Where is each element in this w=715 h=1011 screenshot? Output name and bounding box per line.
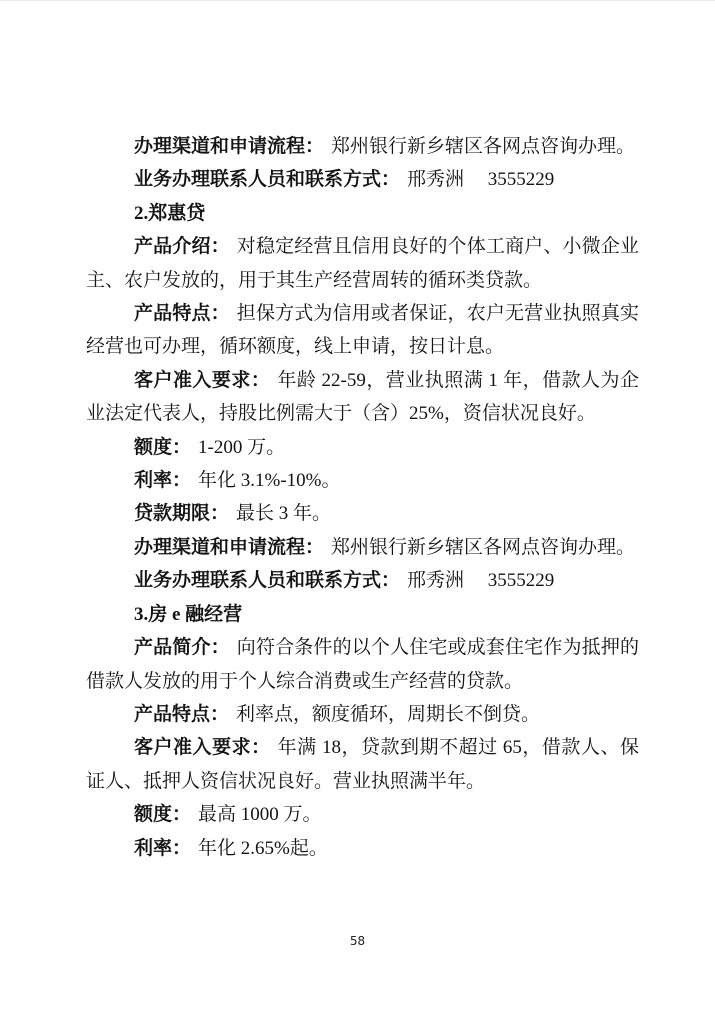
field-value: 邢秀洲 3555229 <box>407 169 554 190</box>
doc-paragraph: 办理渠道和申请流程：郑州银行新乡辖区各网点咨询办理。 <box>86 531 639 564</box>
field-label: 办理渠道和申请流程： <box>134 136 324 157</box>
field-value: 郑州银行新乡辖区各网点咨询办理。 <box>331 136 635 157</box>
page-content: 办理渠道和申请流程：郑州银行新乡辖区各网点咨询办理。 业务办理联系人员和联系方式… <box>86 130 639 865</box>
field-value: 1-200 万。 <box>198 437 285 458</box>
field-value: 年化 3.1%-10%。 <box>198 470 340 491</box>
page-number: 58 <box>0 934 715 948</box>
doc-paragraph: 利率：年化 3.1%-10%。 <box>86 464 639 497</box>
doc-heading: 2.郑惠贷 <box>86 197 639 230</box>
field-value: 郑州银行新乡辖区各网点咨询办理。 <box>331 537 635 558</box>
doc-paragraph: 办理渠道和申请流程：郑州银行新乡辖区各网点咨询办理。 <box>86 130 639 163</box>
field-label: 利率： <box>134 838 191 859</box>
doc-paragraph: 额度：1-200 万。 <box>86 431 639 464</box>
field-value: 最高 1000 万。 <box>198 804 322 825</box>
field-label: 额度： <box>134 804 191 825</box>
doc-paragraph: 业务办理联系人员和联系方式：邢秀洲 3555229 <box>86 564 639 597</box>
field-label: 产品简介： <box>134 637 230 658</box>
doc-heading: 3.房 e 融经营 <box>86 598 639 631</box>
field-label: 业务办理联系人员和联系方式： <box>134 169 400 190</box>
field-label: 额度： <box>134 437 191 458</box>
doc-paragraph: 客户准入要求：年满 18，贷款到期不超过 65，借款人、保证人、抵押人资信状况良… <box>86 731 639 798</box>
field-value: 最长 3 年。 <box>236 503 331 524</box>
heading-label: 3.房 e 融经营 <box>134 604 242 625</box>
field-value: 利率点，额度循环，周期长不倒贷。 <box>236 704 540 725</box>
doc-paragraph: 利率：年化 2.65%起。 <box>86 832 639 865</box>
heading-label: 2.郑惠贷 <box>134 203 205 224</box>
doc-paragraph: 额度：最高 1000 万。 <box>86 798 639 831</box>
field-label: 产品特点： <box>134 704 229 725</box>
field-label: 产品介绍： <box>134 236 230 257</box>
field-label: 利率： <box>134 470 191 491</box>
field-label: 客户准入要求： <box>134 370 270 391</box>
field-label: 办理渠道和申请流程： <box>134 537 324 558</box>
doc-paragraph: 产品简介：向符合条件的以个人住宅或成套住宅作为抵押的借款人发放的用于个人综合消费… <box>86 631 639 698</box>
doc-paragraph: 产品特点：担保方式为信用或者保证，农户无营业执照真实经营也可办理，循环额度，线上… <box>86 297 639 364</box>
field-value: 邢秀洲 3555229 <box>407 570 554 591</box>
doc-paragraph: 产品介绍：对稳定经营且信用良好的个体工商户、小微企业主、农户发放的，用于其生产经… <box>86 230 639 297</box>
field-value: 年化 2.65%起。 <box>198 838 328 859</box>
document-page: 办理渠道和申请流程：郑州银行新乡辖区各网点咨询办理。 业务办理联系人员和联系方式… <box>0 0 715 1011</box>
doc-paragraph: 产品特点：利率点，额度循环，周期长不倒贷。 <box>86 698 639 731</box>
doc-paragraph: 客户准入要求：年龄 22-59，营业执照满 1 年，借款人为企业法定代表人，持股… <box>86 364 639 431</box>
field-label: 贷款期限： <box>134 503 229 524</box>
doc-paragraph: 业务办理联系人员和联系方式：邢秀洲 3555229 <box>86 163 639 196</box>
doc-paragraph: 贷款期限：最长 3 年。 <box>86 497 639 530</box>
field-label: 客户准入要求： <box>134 737 271 758</box>
field-label: 业务办理联系人员和联系方式： <box>134 570 400 591</box>
field-label: 产品特点： <box>134 303 230 324</box>
